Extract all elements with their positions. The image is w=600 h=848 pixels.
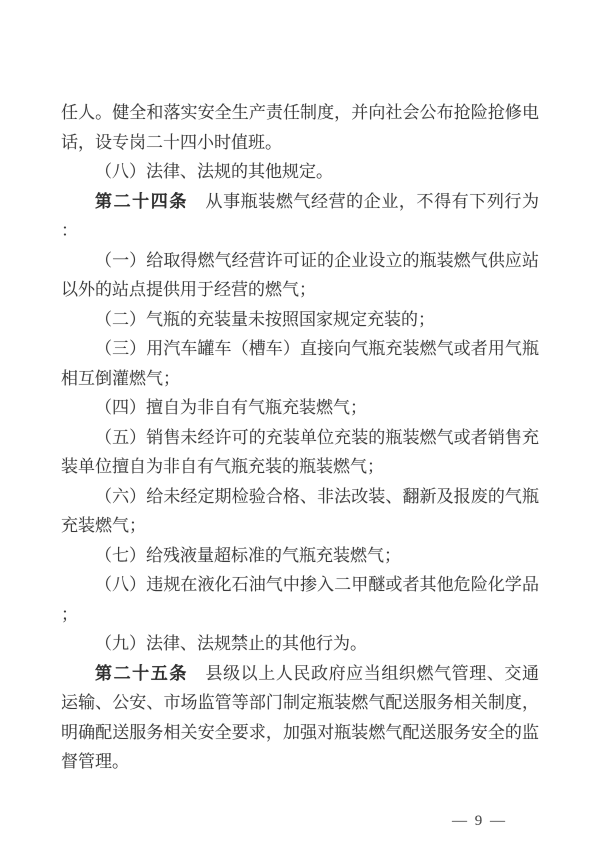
article-24-item-9: （九）法律、法规禁止的其他行为。	[61, 629, 539, 659]
document-page: 任人。健全和落实安全生产责任制度，并向社会公布抢险抢修电话，设专岗二十四小时值班…	[0, 0, 600, 848]
paragraph-text: 任人。健全和落实安全生产责任制度，并向社会公布抢险抢修电话，设专岗二十四小时值班…	[61, 103, 539, 152]
paragraph-item-8-prev-article: （八）法律、法规的其他规定。	[61, 157, 539, 187]
paragraph-text: （七）给残液量超标准的气瓶充装燃气；	[95, 546, 401, 565]
article-24-heading-paragraph: 第二十四条 从事瓶装燃气经营的企业，不得有下列行为：	[61, 187, 539, 246]
paragraph-continuation: 任人。健全和落实安全生产责任制度，并向社会公布抢险抢修电话，设专岗二十四小时值班…	[61, 98, 539, 157]
article-24-item-8: （八）违规在液化石油气中掺入二甲醚或者其他危险化学品；	[61, 570, 539, 629]
article-25-heading-paragraph: 第二十五条 县级以上人民政府应当组织燃气管理、交通运输、公安、市场监管等部门制定…	[61, 659, 539, 777]
paragraph-text: （五）销售未经许可的充装单位充装的瓶装燃气或者销售充装单位擅自为非自有气瓶充装的…	[61, 428, 539, 477]
paragraph-text: （六）给未经定期检验合格、非法改装、翻新及报废的气瓶充装燃气；	[61, 487, 539, 536]
article-24-number: 第二十四条	[95, 192, 188, 211]
paragraph-text: （三）用汽车罐车（槽车）直接向气瓶充装燃气或者用气瓶相互倒灌燃气；	[61, 339, 539, 388]
article-24-item-4: （四）擅自为非自有气瓶充装燃气；	[61, 393, 539, 423]
article-24-item-6: （六）给未经定期检验合格、非法改装、翻新及报废的气瓶充装燃气；	[61, 482, 539, 541]
article-24-item-3: （三）用汽车罐车（槽车）直接向气瓶充装燃气或者用气瓶相互倒灌燃气；	[61, 334, 539, 393]
paragraph-text: （八）法律、法规的其他规定。	[95, 162, 333, 181]
paragraph-text: （一）给取得燃气经营许可证的企业设立的瓶装燃气供应站以外的站点提供用于经营的燃气…	[61, 251, 539, 300]
paragraph-text: （九）法律、法规禁止的其他行为。	[95, 634, 367, 653]
article-24-item-1: （一）给取得燃气经营许可证的企业设立的瓶装燃气供应站以外的站点提供用于经营的燃气…	[61, 246, 539, 305]
document-body: 任人。健全和落实安全生产责任制度，并向社会公布抢险抢修电话，设专岗二十四小时值班…	[61, 98, 539, 777]
article-24-item-7: （七）给残液量超标准的气瓶充装燃气；	[61, 541, 539, 571]
paragraph-text: （二）气瓶的充装量未按照国家规定充装的；	[95, 310, 435, 329]
page-number: — 9 —	[452, 813, 507, 830]
paragraph-text: （八）违规在液化石油气中掺入二甲醚或者其他危险化学品；	[61, 575, 539, 624]
article-24-item-2: （二）气瓶的充装量未按照国家规定充装的；	[61, 305, 539, 335]
paragraph-text: （四）擅自为非自有气瓶充装燃气；	[95, 398, 367, 417]
article-25-number: 第二十五条	[95, 664, 188, 683]
article-24-item-5: （五）销售未经许可的充装单位充装的瓶装燃气或者销售充装单位擅自为非自有气瓶充装的…	[61, 423, 539, 482]
